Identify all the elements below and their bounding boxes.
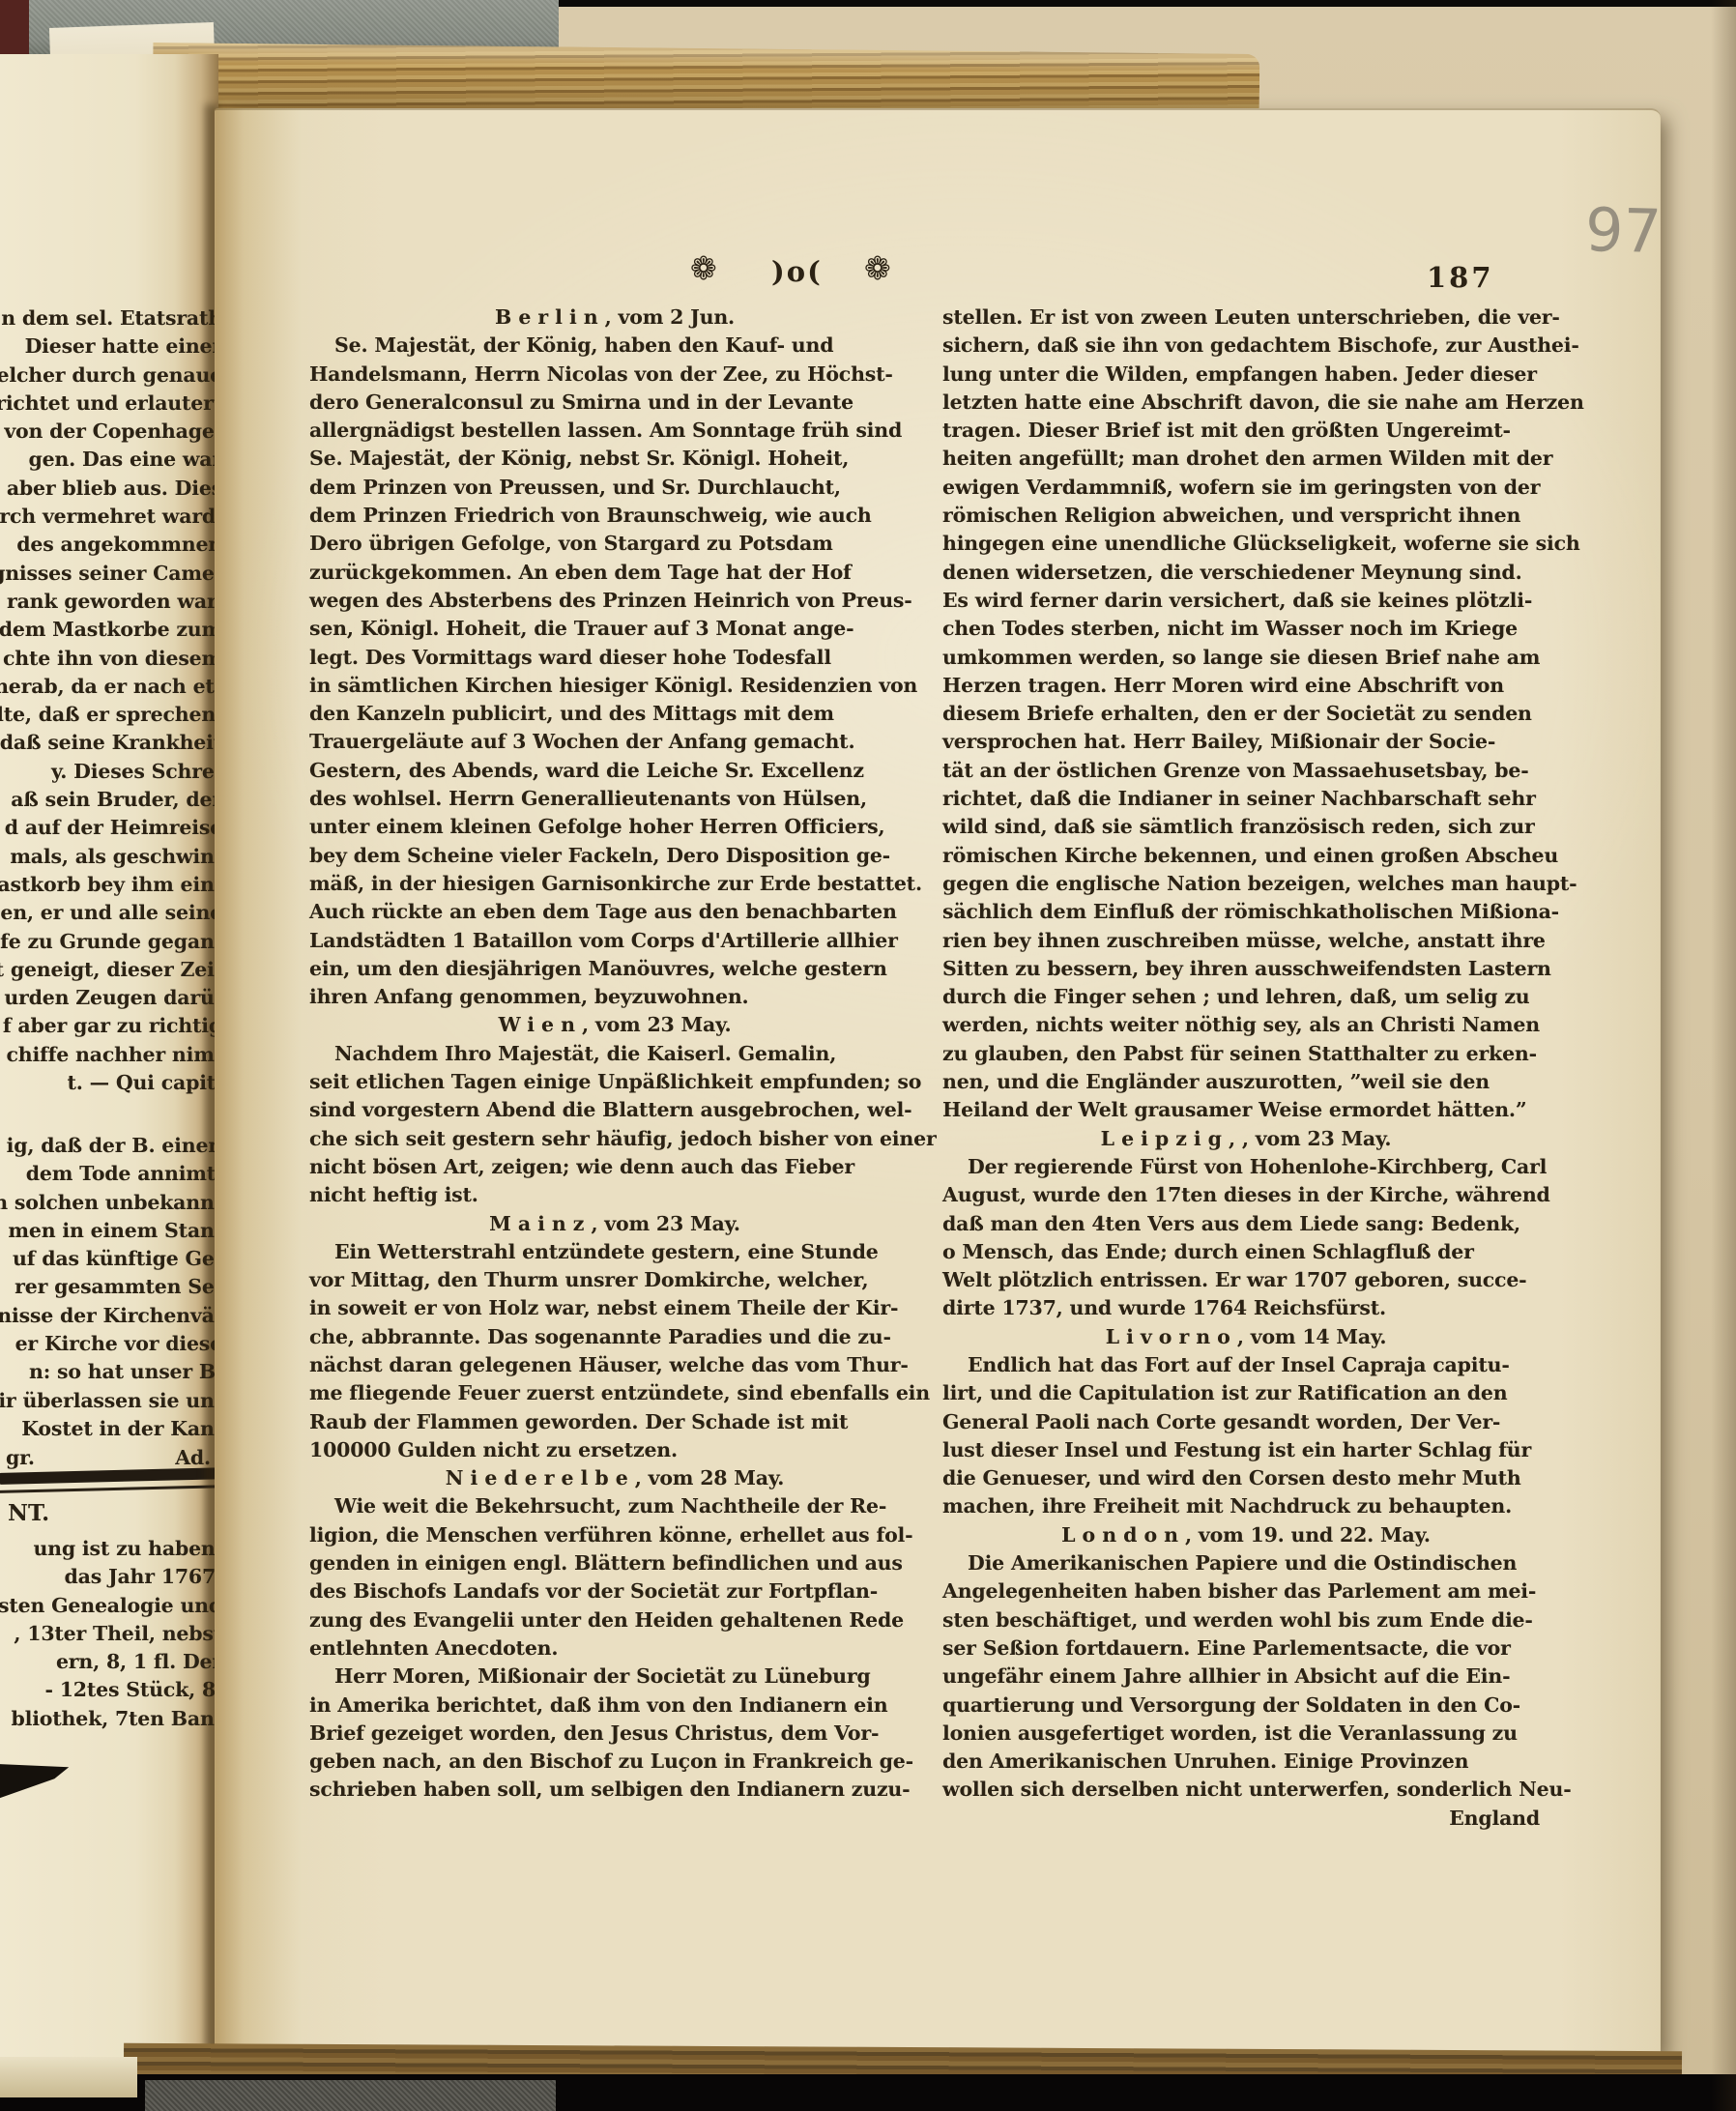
- article-niederelbe-text-2: Herr Moren, Mißionair der Societät zu Lü…: [309, 1663, 920, 1804]
- catchword: England: [942, 1805, 1549, 1833]
- thin-rule: [0, 1485, 228, 1493]
- article-heading-berlin: Berlin, vom 2 Jun.: [309, 304, 920, 332]
- left-page-text-fragment-middle: ig, daß der B. einendem Tode annimt,en s…: [0, 1132, 224, 1443]
- article-london-text: Die Amerikanischen Papiere und die Ostin…: [942, 1549, 1549, 1805]
- article-heading-livorno: Livorno, vom 14 May.: [942, 1323, 1549, 1351]
- header-divider-mark: )o(: [771, 255, 823, 288]
- left-page-text-fragment-bottom: ung ist zu haben:das Jahr 1767,sten Gene…: [0, 1535, 224, 1733]
- handwritten-folio-number: 97: [1584, 194, 1663, 267]
- left-page-section-heading: NT.: [8, 1500, 49, 1526]
- bottom-cloth-texture: [145, 2080, 556, 2111]
- mat-right-shadow: [1711, 0, 1736, 2111]
- printers-wedge-ornament: [0, 1753, 72, 1800]
- text-column-left: Berlin, vom 2 Jun. Se. Majestät, der Kön…: [309, 304, 920, 1805]
- book-cover-edge: [0, 0, 29, 62]
- article-heading-niederelbe: Niederelbe, vom 28 May.: [309, 1464, 920, 1492]
- book-scan: n dem sel. EtatsrathDieser hatte einerwe…: [0, 0, 1736, 2111]
- article-heading-wien: Wien, vom 23 May.: [309, 1011, 920, 1039]
- article-leipzig-text: Der regierende Fürst von Hohenlohe-Kirch…: [942, 1153, 1549, 1323]
- shell-ornament-left-icon: ❁: [690, 249, 717, 287]
- shell-ornament-right-icon: ❁: [864, 249, 891, 287]
- right-page: ❁ )o( ❁ 187 97 Berlin, vom 2 Jun. Se. Ma…: [215, 108, 1661, 2065]
- bottom-left-page-corner: [0, 2057, 137, 2097]
- article-berlin-text: Se. Majestät, der König, haben den Kauf-…: [309, 332, 920, 1011]
- article-niederelbe-text-1: Wie weit die Bekehrsucht, zum Nachtheile…: [309, 1492, 920, 1663]
- article-livorno-text: Endlich hat das Fort auf der Insel Capra…: [942, 1351, 1549, 1521]
- text-column-right: stellen. Er ist von zween Leuten untersc…: [942, 304, 1549, 1833]
- article-niederelbe-continuation: stellen. Er ist von zween Leuten untersc…: [942, 304, 1549, 1125]
- left-page-text-fragment-top: n dem sel. EtatsrathDieser hatte einerwe…: [0, 304, 224, 1097]
- price-fragment: gr.: [6, 1444, 35, 1472]
- left-page: n dem sel. EtatsrathDieser hatte einerwe…: [0, 54, 218, 2061]
- article-mainz-text: Ein Wetterstrahl entzündete gestern, ein…: [309, 1238, 920, 1464]
- article-heading-mainz: Mainz, vom 23 May.: [309, 1210, 920, 1238]
- article-heading-leipzig: Leipzig, , vom 23 May.: [942, 1125, 1549, 1153]
- printed-page-number: 187: [1427, 261, 1494, 294]
- article-wien-text: Nachdem Ihro Majestät, die Kaiserl. Gema…: [309, 1040, 920, 1210]
- article-heading-london: London, vom 19. und 22. May.: [942, 1521, 1549, 1549]
